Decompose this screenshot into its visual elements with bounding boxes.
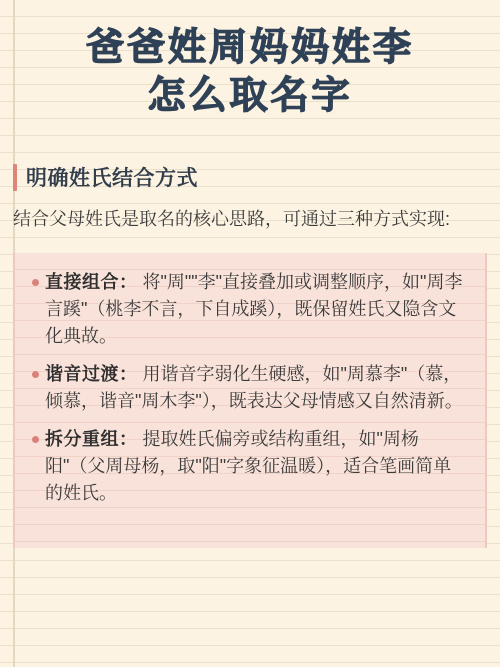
- methods-card: 直接组合：将"周""李"直接叠加或调整顺序，如"周李言蹊"（桃李不言，下自成蹊）…: [13, 253, 487, 548]
- list-item: 拆分重组：提取姓氏偏旁或结构重组，如"周杨阳"（父周母杨，取"阳"字象征温暖），…: [31, 426, 467, 507]
- page-title-line-2: 怎么取名字: [0, 72, 500, 120]
- page-title: 爸爸姓周妈妈姓李 怎么取名字: [0, 0, 500, 120]
- list-item-text: 谐音过渡：用谐音字弱化生硬感，如"周慕李"（慕，倾慕，谐音"周木李"），既表达父…: [45, 361, 467, 415]
- bullet-dot-icon: [32, 279, 39, 286]
- bullet-dot-icon: [32, 436, 39, 443]
- page-title-line-1: 爸爸姓周妈妈姓李: [0, 24, 500, 72]
- list-item: 谐音过渡：用谐音字弱化生硬感，如"周慕李"（慕，倾慕，谐音"周木李"），既表达父…: [31, 361, 467, 415]
- intro-paragraph: 结合父母姓氏是取名的核心思路，可通过三种方式实现:: [13, 207, 486, 231]
- notebook-page: 爸爸姓周妈妈姓李 怎么取名字 明确姓氏结合方式 结合父母姓氏是取名的核心思路，可…: [0, 0, 500, 667]
- list-item-label: 拆分重组：: [45, 429, 138, 449]
- list-item-label: 谐音过渡：: [45, 364, 138, 384]
- list-item: 直接组合：将"周""李"直接叠加或调整顺序，如"周李言蹊"（桃李不言，下自成蹊）…: [31, 269, 467, 350]
- section-heading: 明确姓氏结合方式: [0, 162, 500, 192]
- bullet-dot-icon: [32, 371, 39, 378]
- list-item-text: 拆分重组：提取姓氏偏旁或结构重组，如"周杨阳"（父周母杨，取"阳"字象征温暖），…: [45, 426, 467, 507]
- list-item-text: 直接组合：将"周""李"直接叠加或调整顺序，如"周李言蹊"（桃李不言，下自成蹊）…: [45, 269, 467, 350]
- section-heading-text: 明确姓氏结合方式: [26, 162, 198, 192]
- list-item-label: 直接组合：: [45, 272, 138, 292]
- heading-accent-bar: [13, 164, 17, 191]
